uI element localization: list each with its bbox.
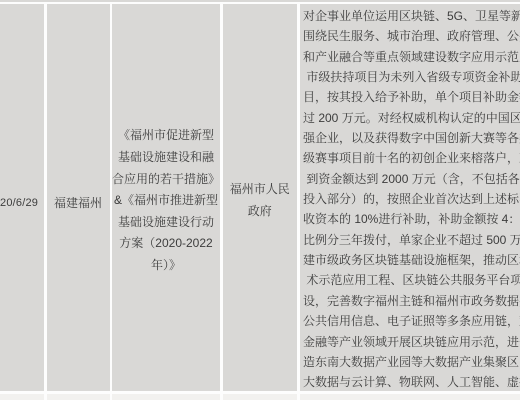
next-row-cell bbox=[300, 394, 520, 400]
content-line: 大数据与云计算、物联网、人工智能、虚拟现 bbox=[300, 372, 520, 391]
content-line: 市级扶持项目为未列入省级专项资金补助的项 bbox=[300, 67, 520, 87]
date-text: 20/6/29 bbox=[0, 197, 38, 209]
content-line: 到资金额达到 2000 万元（含，不包括各级财 bbox=[300, 169, 520, 189]
content-line: 级赛事项目前十名的初创企业来榕落户，对实 bbox=[300, 148, 520, 168]
content-line: 建市级政务区块链基础设施框架，推动区块链 bbox=[300, 250, 520, 270]
policy-title-line: 合应用的若干措施》 bbox=[112, 169, 220, 191]
next-row-cell bbox=[0, 394, 44, 400]
content-line: 比例分三年拨付，单家企业不超过 500 万元。 bbox=[300, 230, 520, 250]
policy-title-line: &《福州市推进新型 bbox=[114, 190, 218, 212]
next-row-cell bbox=[47, 394, 110, 400]
content-line: 公共信用信息、电子证照等多条应用链，鼓励 bbox=[300, 311, 520, 331]
issuer-line: 政府 bbox=[248, 201, 272, 223]
content-line: 收资本的 10%进行补助，补助金额按 4：3：3 bbox=[300, 209, 520, 229]
policy-title-line: 《福州市促进新型 bbox=[118, 125, 214, 147]
policy-title-cell: 《福州市促进新型 基础设施建设和融 合应用的若干措施》 &《福州市推进新型 基础… bbox=[112, 4, 220, 391]
content-line: 强企业，以及获得数字中国创新大赛等各类国 bbox=[300, 128, 520, 148]
content-line: 对企事业单位运用区块链、5G、卫星等新技术 bbox=[300, 6, 520, 26]
content-line: 和产业融合等重点领域建设数字应用示范工程 bbox=[300, 47, 520, 67]
policy-title-line: 年）》 bbox=[151, 255, 181, 277]
content-line: 目，按其投入给予补助，单个项目补助金额不 bbox=[300, 87, 520, 107]
issuer-line: 福州市人民 bbox=[230, 179, 290, 201]
policy-table-crop: 20/6/29 福建福州 《福州市促进新型 基础设施建设和融 合应用的若干措施》… bbox=[0, 0, 520, 400]
policy-content-cell: 对企事业单位运用区块链、5G、卫星等新技术 围绕民生服务、城市治理、政府管理、公… bbox=[300, 4, 520, 391]
issuer-cell: 福州市人民 政府 bbox=[223, 4, 298, 391]
region-cell: 福建福州 bbox=[47, 4, 110, 391]
content-line: 围绕民生服务、城市治理、政府管理、公共安 bbox=[300, 26, 520, 46]
policy-title-line: 方案（2020-2022 bbox=[119, 233, 212, 255]
next-row-cell bbox=[112, 394, 220, 400]
content-line: 造东南大数据产业园等大数据产业集聚区，推 bbox=[300, 352, 520, 372]
content-line: 投入部分）的，按照企业首次达到上述标准时 bbox=[300, 189, 520, 209]
next-row-cell bbox=[223, 394, 298, 400]
content-line: 术示范应用工程、区块链公共服务平台项目建 bbox=[300, 270, 520, 290]
policy-title-line: 基础设施建设和融 bbox=[118, 147, 214, 169]
content-line: 过 200 万元。对经权威机构认定的中国区块链 bbox=[300, 108, 520, 128]
region-text: 福建福州 bbox=[54, 194, 102, 211]
content-line: 金融等产业领域开展区块链应用示范，进一步 bbox=[300, 332, 520, 352]
previous-row-edge bbox=[0, 0, 520, 2]
content-line: 设，完善数字福州主链和福州市政务数据共享 bbox=[300, 291, 520, 311]
date-cell: 20/6/29 bbox=[0, 4, 44, 391]
policy-title-line: 基础设施建设行动 bbox=[118, 212, 214, 234]
